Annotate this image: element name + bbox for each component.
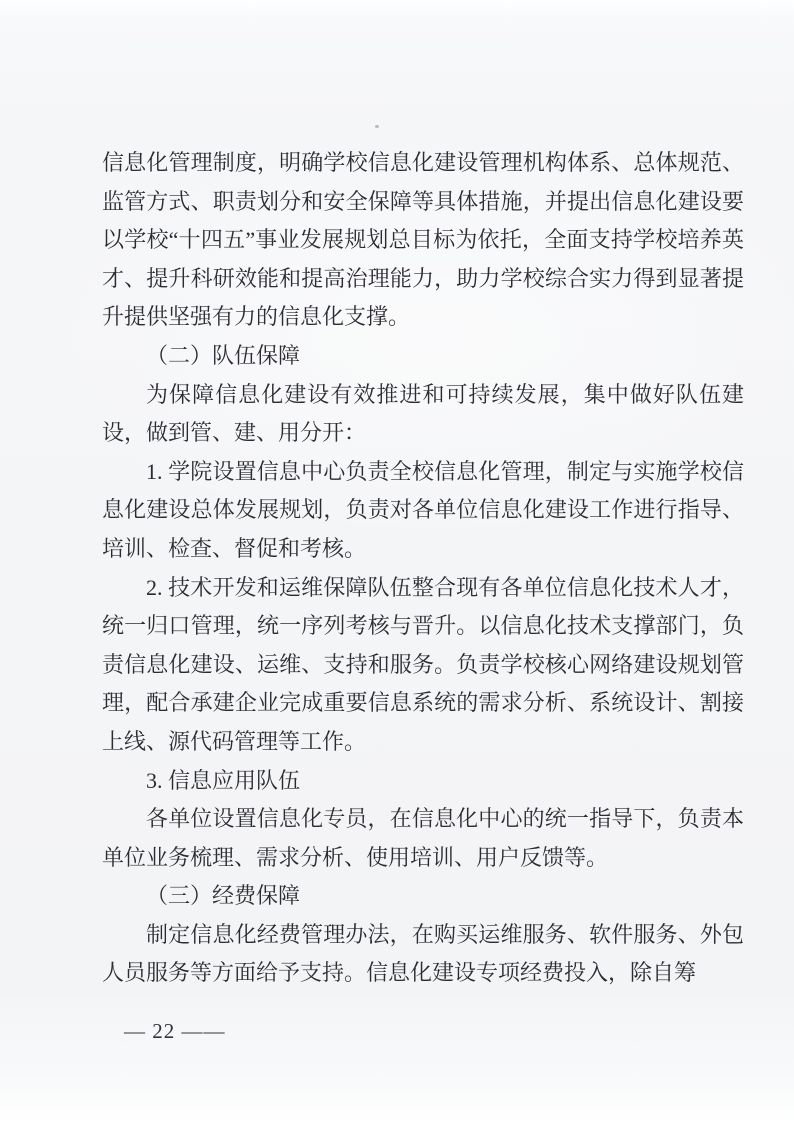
paragraph-continuation: 信息化管理制度，明确学校信息化建设管理机构体系、总体规范、监管方式、职责划分和安… <box>102 144 744 337</box>
page-number: — 22 —— <box>124 1019 226 1044</box>
list-item-2: 2. 技术开发和运维保障队伍整合现有各单位信息化技术人才，统一归口管理，统一序列… <box>102 569 744 762</box>
list-item-3-heading: 3. 信息应用队伍 <box>102 762 744 801</box>
scanned-page: 信息化管理制度，明确学校信息化建设管理机构体系、总体规范、监管方式、职责划分和安… <box>0 0 794 1122</box>
paragraph-partial: 制定信息化经费管理办法，在购买运维服务、软件服务、外包人员服务等方面给予支持。信… <box>102 916 744 993</box>
document-text: 信息化管理制度，明确学校信息化建设管理机构体系、总体规范、监管方式、职责划分和安… <box>102 144 744 993</box>
section-heading-duiwu-baozhang: （二）队伍保障 <box>102 337 744 376</box>
paragraph: 为保障信息化建设有效推进和可持续发展，集中做好队伍建设，做到管、建、用分开： <box>102 376 744 453</box>
scan-speck-dot <box>375 125 379 128</box>
section-heading-jingfei-baozhang: （三）经费保障 <box>102 877 744 916</box>
paragraph: 各单位设置信息化专员，在信息化中心的统一指导下，负责本单位业务梳理、需求分析、使… <box>102 800 744 877</box>
list-item-1: 1. 学院设置信息中心负责全校信息化管理，制定与实施学校信息化建设总体发展规划，… <box>102 453 744 569</box>
